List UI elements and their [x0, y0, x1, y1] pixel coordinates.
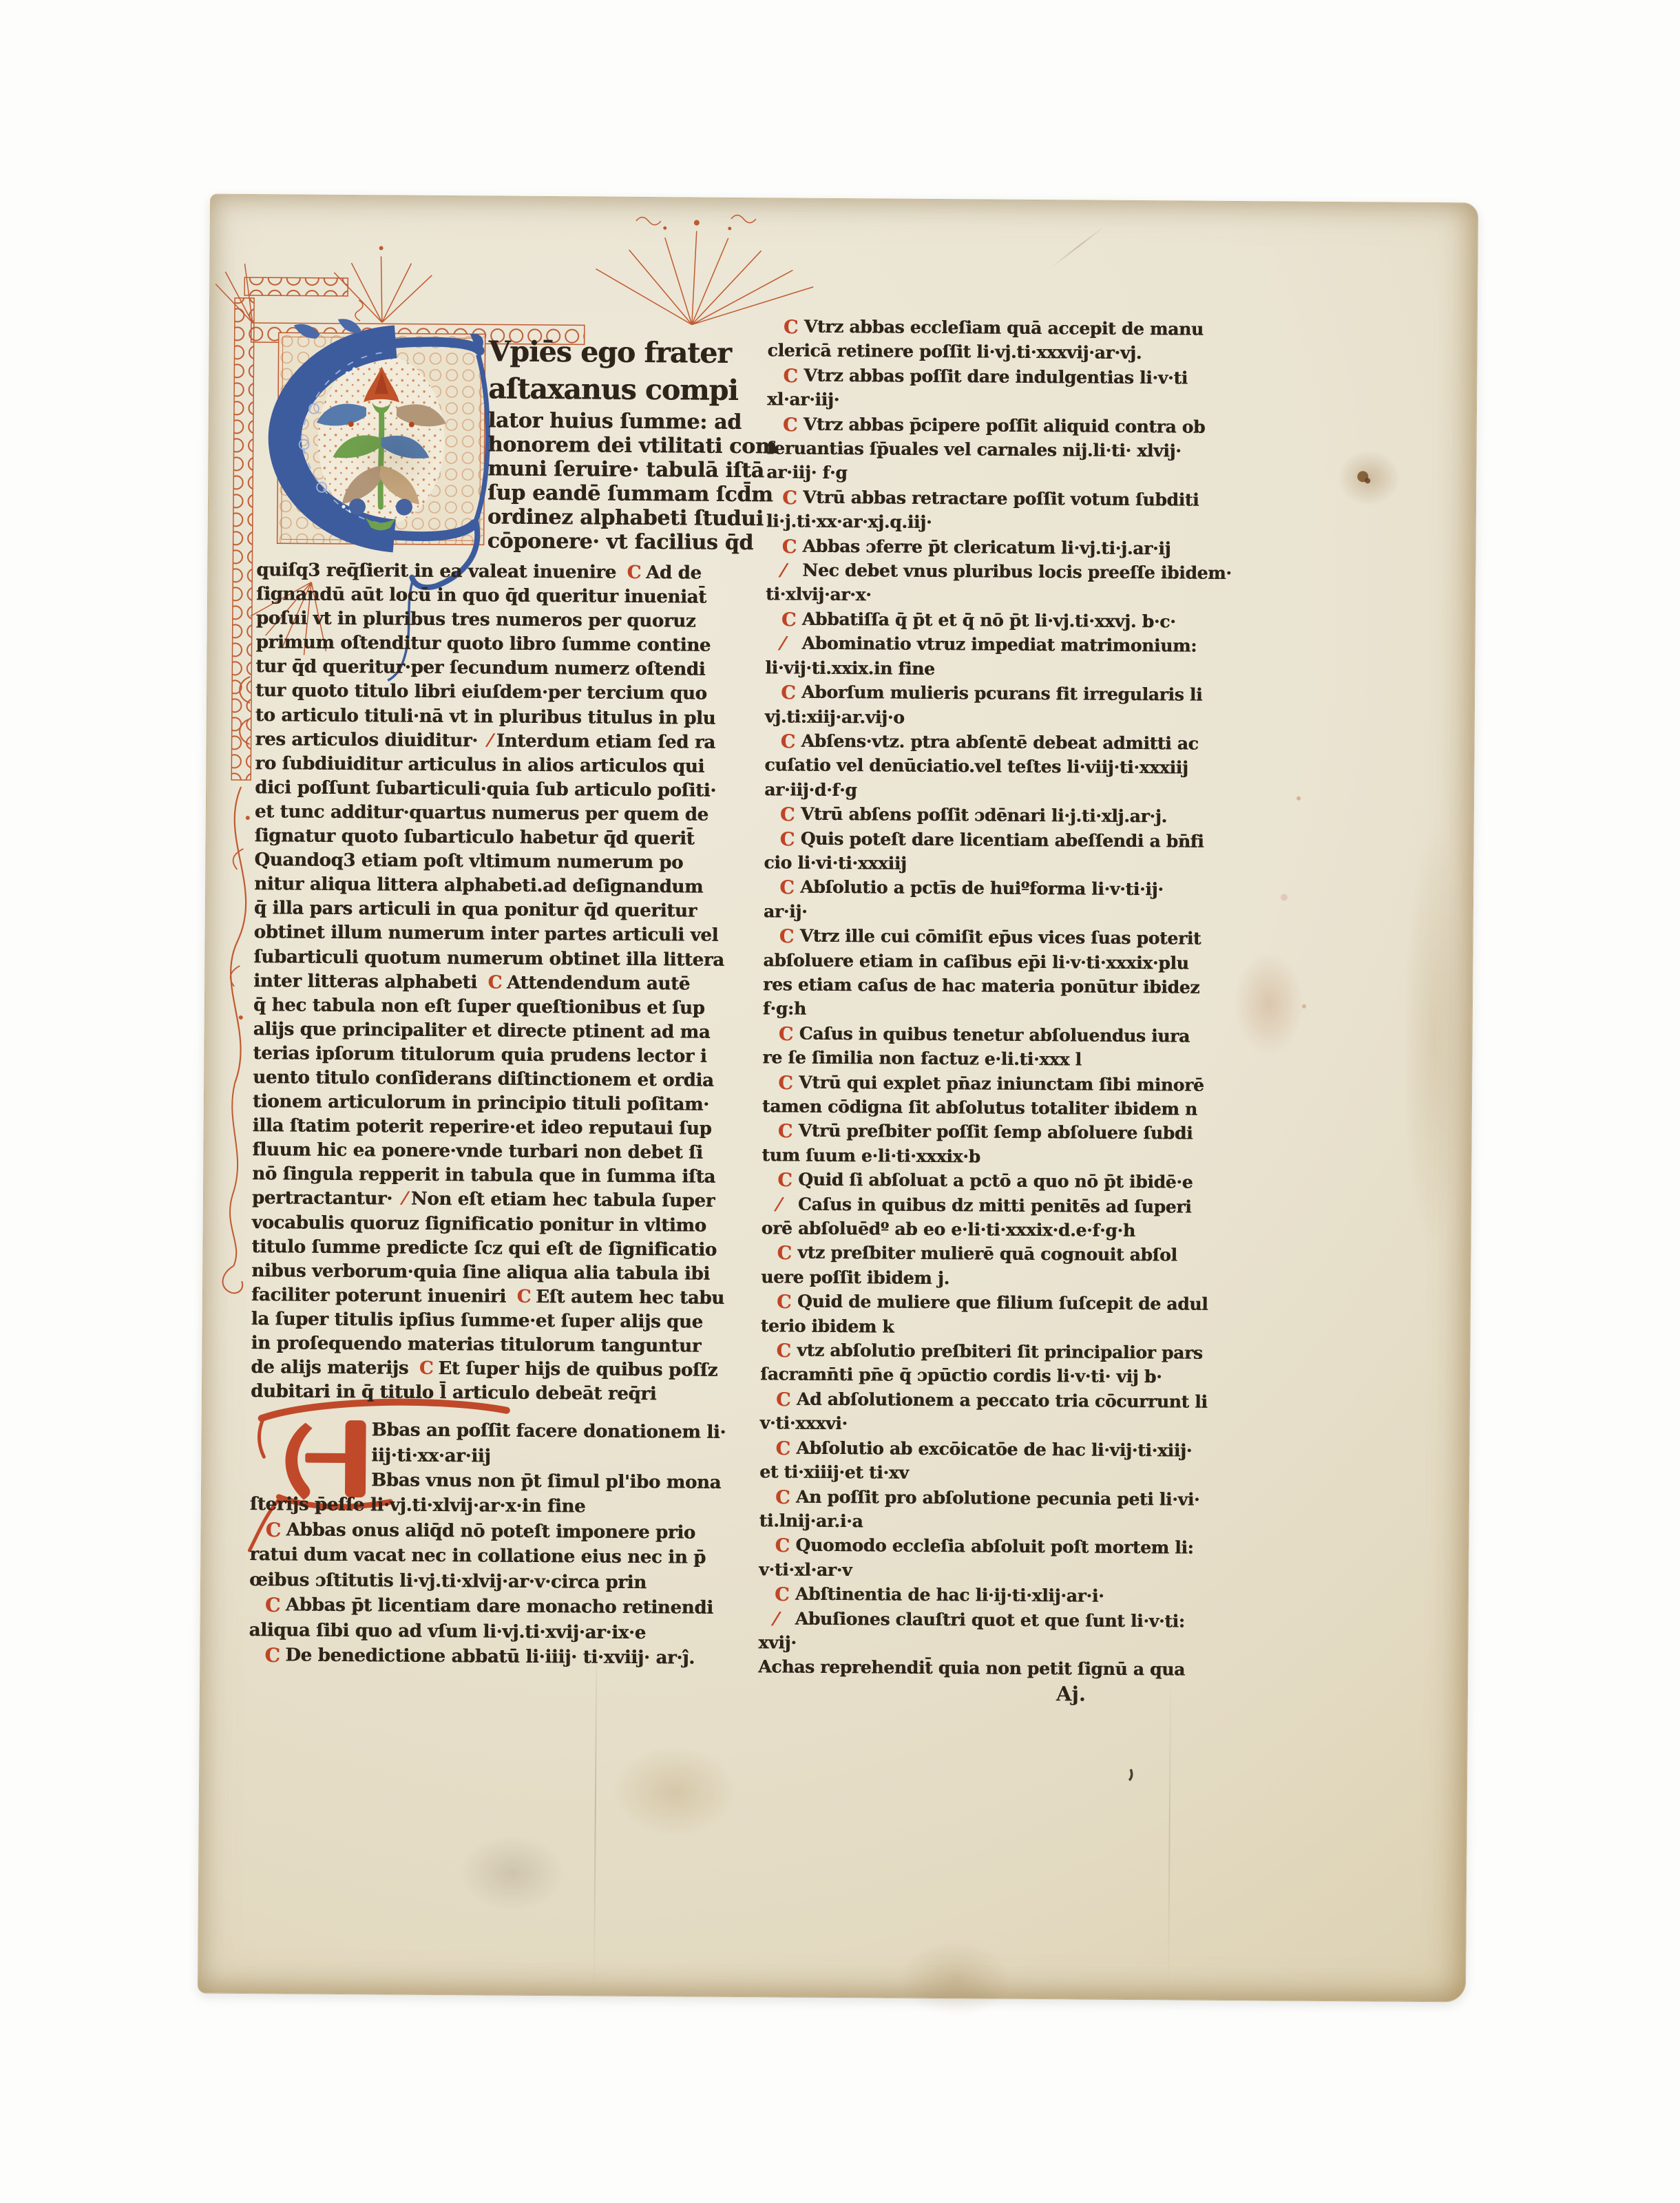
index-entry-line: f·g:h: [763, 997, 1206, 1024]
text-line: illa ſtatim poterit reperire·et ideo rep…: [253, 1114, 743, 1141]
text-line: quiſq3 req̄ſierit in ea valeat inuenire …: [256, 558, 746, 586]
index-entry-line: CQuid ſi abſoluat a pctō a quo nō p̄t ib…: [762, 1167, 1205, 1194]
index-entry-line: cio li·vi·ti·xxxiij: [764, 850, 1207, 878]
line-text: ſubarticuli quotum numerum obtinet illa …: [253, 947, 724, 971]
line-text: Quandoq3 etiam poſt vltimum numerum po: [254, 850, 683, 873]
text-line: ordinez alphabeti ſtudui: [487, 505, 749, 531]
line-text: Vpiēs ego frater: [488, 335, 731, 369]
quire-signature: Aj.: [1056, 1682, 1086, 1705]
text-line: honorem dei vtilitati com: [487, 432, 749, 458]
line-text: uento titulo conſiderans diſtinctionem e…: [253, 1067, 714, 1091]
line-text: Abbas ɔferre p̄t clericatum li·vj.ti·j.a…: [802, 536, 1170, 558]
index-entry-line: ſeruantias ſp̄uales vel carnales nij.li·…: [766, 436, 1210, 463]
line-text: orē abſoluēdº ab eo e·li·ti·xxxix·d.e·f·…: [762, 1218, 1135, 1241]
index-entry-line: CAbbas onus aliq̄d nō poteſt imponere pr…: [249, 1517, 739, 1546]
index-right-column: CVtrz abbas eccleſiam quā accepit de man…: [758, 314, 1211, 1682]
index-entry-line: œibus ɔſtitutis li·vj.ti·xlvij·ar·v·circ…: [249, 1568, 739, 1596]
line-text: aliqua ſibi quo ad vſum li·vj.ti·xvij·ar…: [249, 1620, 646, 1643]
line-text: res articulos diuiditur·: [255, 729, 484, 751]
index-entry-line: CQuis poteſt dare licentiam abeſſendi a …: [764, 826, 1208, 854]
index-entry-line: ratui dum vacat nec in collatione eius n…: [249, 1542, 739, 1570]
paraph-mark: C: [777, 1167, 794, 1193]
index-entry-line: Cvtz abſolutio preſbiteri ſit principali…: [760, 1338, 1204, 1365]
line-text: q̄ illa pars articuli in qua ponitur q̄d…: [254, 898, 697, 921]
text-line: Quandoq3 etiam poſt vltimum numerum po: [254, 848, 744, 876]
text-line: fluum hic ea ponere·vnde turbari non deb…: [252, 1138, 742, 1166]
line-text: Abbatiſſa q̄ p̄t et q̄ nō p̄t li·vj.ti·x…: [802, 609, 1176, 631]
text-line: q̄ illa pars articuli in qua ponitur q̄d…: [254, 896, 744, 924]
index-entry-line: ſterijs p̄eſſe li·vj.ti·xlvij·ar·x·in fi…: [250, 1492, 740, 1520]
line-text: Caſus in quibus tenetur abſoluendus iura: [799, 1023, 1190, 1046]
text-line: la ſuper titulis ipſius ſumme·et ſuper a…: [251, 1307, 742, 1335]
paraph-mark: C: [264, 1643, 281, 1670]
paraph-mark: C: [777, 1240, 793, 1266]
paraph-mark: C: [781, 728, 797, 755]
text-line: in proſequendo materias titulorum tangun…: [251, 1331, 741, 1359]
line-text: q̄ hec tabula non eſt ſuper queſtionibus…: [253, 995, 705, 1019]
line-text: œibus ɔſtitutis li·vj.ti·xlvij·ar·v·circ…: [249, 1570, 647, 1593]
index-entry-line: li·j.ti·xx·ar·xj.q.iij·: [766, 509, 1210, 537]
index-entry-line: Cvtz preſbiter mulierē quā cognouit abſo…: [761, 1241, 1204, 1268]
line-text: Quid ſi abſoluat a pctō a quo nō p̄t ibi…: [798, 1170, 1193, 1192]
text-line: aſtaxanus compi: [488, 370, 750, 409]
line-text: An poſſit pro abſolutione pecunia peti l…: [796, 1486, 1200, 1509]
index-entry-line: CVtrz abbas poſſit dare indulgentias li·…: [767, 363, 1210, 390]
index-entry-line: CAd abſolutionem a peccato tria cōcurrun…: [760, 1387, 1204, 1414]
index-entry-line: v·ti·xxxvi·: [760, 1411, 1204, 1439]
foxing-stain: [901, 1941, 1011, 2018]
index-entry-line: CAbſens·vtz. ptra abſentē debeat admitti…: [764, 728, 1208, 756]
manuscript-leaf: Vpiēs ego frater aſtaxanus compi lator h…: [198, 194, 1478, 2003]
line-text: dubitari in q̄ titulo l̄ articulo debeāt…: [251, 1381, 656, 1404]
text-line: terias ipſorum titulorum quia prudens le…: [253, 1042, 743, 1069]
index-entry-line: CVtrū preſbiter poſſit ſemp abſoluere ſu…: [762, 1119, 1206, 1146]
line-text: Interdum etiam ſed ra: [496, 730, 715, 752]
line-text: v·ti·xl·ar·v: [759, 1559, 852, 1580]
line-text: Ad abſolutionem a peccato tria cōcurrunt…: [797, 1389, 1208, 1411]
line-text: Attendendum autē: [507, 972, 690, 994]
line-text: honorem dei vtilitati com: [487, 432, 777, 458]
paraph-mark: C: [782, 485, 799, 511]
line-text: ar·iij·d·f·g: [764, 779, 857, 800]
line-text: Et ſuper hijs de quibus poſſz: [438, 1358, 717, 1381]
index-entry-line: CQuid de muliere que filium ſuſcepit de …: [761, 1289, 1204, 1316]
line-text: ordinez alphabeti ſtudui: [487, 505, 764, 531]
paraph-mark: C: [778, 1118, 795, 1144]
line-text: alijs que principaliter et directe ptine…: [253, 1019, 711, 1043]
index-first-entry-wrap: A Bbas an poſſit facere donationem li· i…: [371, 1417, 739, 1495]
index-entry-line: CVtrz abbas p̄cipere poſſit aliquid cont…: [767, 412, 1210, 439]
line-text: vtz abſolutio preſbiteri ſit principalio…: [797, 1340, 1202, 1363]
text-line: et tunc additur·quartus numerus per quem…: [255, 800, 745, 828]
index-entry-line: v·ti·xl·ar·v: [759, 1557, 1202, 1585]
smudge-stain: [461, 1835, 565, 1911]
brown-spot: [1338, 450, 1400, 506]
text-line: poſui vt in pluribus tres numeros per qu…: [256, 607, 746, 634]
line-text: Abſolutio ab excōicatōe de hac li·vij·ti…: [796, 1437, 1192, 1460]
line-text: ſeruantias ſp̄uales vel carnales nij.li·…: [766, 438, 1181, 461]
line-text: ratui dum vacat nec in collatione eius n…: [249, 1544, 706, 1568]
text-line: de alijs materijs CEt ſuper hijs de quib…: [251, 1356, 741, 1383]
corner-toning: [353, 423, 437, 492]
line-text: muni ſeruire· tabulā iſtā: [487, 456, 764, 483]
line-text: Abſens·vtz. ptra abſentē debeat admitti …: [801, 731, 1199, 754]
line-text: re ſe ſimilia non factuz e·li.ti·xxx l: [762, 1047, 1082, 1069]
line-text: Bbas an poſſit facere donationem li·: [372, 1420, 726, 1443]
line-text: Caſus in quibus dz mitti penitēs ad ſupe…: [798, 1194, 1192, 1216]
index-left-column: ſterijs p̄eſſe li·vj.ti·xlvij·ar·x·in fi…: [249, 1492, 740, 1671]
index-entry-line: CAbſolutio a pctīs de huiºforma li·v·ti·…: [764, 875, 1207, 903]
text-line: ſup eandē ſummam ſcd̄m: [487, 481, 749, 507]
index-entry-line: CAborſum mulieris pcurans fit irregulari…: [765, 679, 1208, 707]
index-entry-line: ar·iij·d·f·g: [764, 777, 1208, 805]
paraph-mark: C: [778, 1070, 795, 1096]
text-line: nō ſingula repperit in tabula que in ſum…: [252, 1162, 742, 1190]
foxing-stain: [1234, 952, 1303, 1056]
index-entry-line: CVtrū abbas retractare poſſit votum ſubd…: [766, 485, 1210, 512]
index-entry-line: ⁄Abominatio vtruz impediat matrimonium:: [765, 631, 1208, 659]
line-text: vj.ti:xiij·ar.vij·o: [765, 706, 905, 727]
line-text: Abſtinentia de hac li·ij·ti·xlij·ar·i·: [795, 1584, 1104, 1606]
line-text: ſacramn̄ti pn̄e q̄ ɔpūctio cordis li·v·t…: [760, 1364, 1162, 1387]
line-text: aſtaxanus compi: [488, 372, 738, 407]
index-entry-line: ⁄Nec debet vnus pluribus locis preeſſe i…: [766, 558, 1209, 585]
paraph-mark: C: [779, 923, 796, 949]
line-text: Abominatio vtruz impediat matrimonium:: [802, 633, 1197, 656]
text-line: alijs que principaliter et directe ptine…: [253, 1018, 744, 1045]
paraph-mark: ⁄: [777, 1192, 794, 1218]
line-text: Aborſum mulieris pcurans fit irregularis…: [801, 682, 1202, 705]
index-entry-line: ar·ij·: [764, 899, 1207, 927]
index-entry-line: uere poſſit ibidem j.: [761, 1265, 1204, 1292]
paraph-mark: C: [776, 1338, 792, 1364]
index-entry-line: xl·ar·iij·: [767, 387, 1210, 414]
line-text: lator huius ſumme: ad: [488, 408, 742, 434]
margin-flourish: [222, 677, 250, 1294]
line-text: xl·ar·iij·: [767, 389, 839, 410]
paraph-mark: C: [783, 363, 799, 389]
paraph-mark: C: [781, 679, 797, 706]
text-line: vocabulis quoruz ſignificatio ponitur in…: [252, 1211, 742, 1238]
line-text: tamen cōdigna ſit abſolutus totaliter ib…: [762, 1096, 1197, 1119]
line-text: Vtrz ille cui cōmiſit ep̄us vices ſuas p…: [800, 926, 1201, 949]
line-text: poſui vt in pluribus tres numeros per qu…: [256, 608, 696, 631]
index-entry-line: CQuomodo eccleſia abſoluit poſt mortem l…: [759, 1533, 1202, 1561]
index-entry-line: ⁄Abuſiones clauſtri quot et que ſunt li·…: [759, 1606, 1202, 1634]
line-text: primum oſtenditur quoto libro ſumme cont…: [255, 632, 711, 656]
paraph-mark: ⁄: [781, 631, 798, 657]
text-line: Bbas an poſſit facere donationem li·: [371, 1417, 739, 1445]
line-text: xvij·: [758, 1632, 796, 1652]
text-line: iij·ti·xx·ar·iij: [371, 1443, 739, 1471]
text-line: Vpiēs ego frater: [488, 333, 750, 372]
paraph-mark: C: [775, 1435, 792, 1462]
text-line: obtinet illum numerum inter partes artic…: [254, 920, 744, 948]
line-text: Vtrū preſbiter poſſit ſemp abſoluere ſub…: [799, 1121, 1193, 1143]
index-entry-line: CVtrz abbas eccleſiam quā accepit de man…: [768, 314, 1211, 341]
text-line: dici poſſunt ſubarticuli·quia ſub articu…: [255, 776, 745, 803]
index-entry-line: CCaſus in quibus tenetur abſoluendus iur…: [763, 1021, 1206, 1048]
line-text: Abſolutio a pctīs de huiºforma li·v·ti·i…: [800, 877, 1164, 900]
line-text: la ſuper titulis ipſius ſumme·et ſuper a…: [251, 1309, 703, 1333]
text-line: nibus verborum·quia ſine aliqua alia tab…: [251, 1259, 742, 1287]
line-text: pertractantur·: [252, 1188, 399, 1210]
index-entry-line: res etiam caſus de hac materia ponūtur i…: [763, 972, 1206, 1000]
line-text: titulo ſumme predicte ſcz qui eſt de ſig…: [251, 1236, 717, 1261]
line-text: Eſt autem hec tabu: [536, 1287, 724, 1309]
line-text: to articulo tituli·nā vt in pluribus tit…: [255, 705, 716, 729]
line-text: fluum hic ea ponere·vnde turbari non deb…: [252, 1139, 702, 1163]
paraph-mark: ⁄: [775, 1605, 791, 1632]
line-text: ti·xlvij·ar·x·: [766, 584, 872, 605]
line-text: Quid de muliere que filium ſuſcepit de a…: [797, 1292, 1208, 1314]
line-text: ſignatur quoto ſubarticulo habetur q̄d q…: [255, 825, 695, 849]
paraph-mark: ⁄: [403, 1189, 406, 1210]
line-text: nitur aliqua littera alphabeti.ad deſign…: [254, 874, 703, 898]
index-entry-line: tum ſuum e·li·ti·xxxix·b: [762, 1143, 1205, 1170]
line-text: ro ſubdiuiditur articulus in alios artic…: [255, 753, 704, 777]
paraph-mark: C: [517, 1287, 532, 1307]
paraph-mark: C: [775, 1484, 792, 1510]
text-line: tur q̄d queritur·per ſecundum numerz oſt…: [255, 655, 746, 682]
line-text: uere poſſit ibidem j.: [761, 1267, 949, 1288]
line-text: et ti·xiiij·et ti·xv: [759, 1462, 909, 1483]
text-line: ſubarticuli quotum numerum obtinet illa …: [253, 945, 744, 973]
paraph-mark: C: [265, 1592, 282, 1620]
line-text: inter litteras alphabeti: [253, 971, 483, 993]
foxing-stain: [613, 1747, 737, 1837]
line-text: terio ibidem k: [761, 1316, 894, 1336]
index-entry-line: CVtrū qui explet pn̄az iniunctam ſibi mi…: [762, 1070, 1206, 1097]
line-text: Vtrū qui explet pn̄az iniunctam ſibi min…: [799, 1072, 1204, 1095]
line-text: terias ipſorum titulorum quia prudens le…: [253, 1043, 706, 1067]
line-text: tum ſuum e·li·ti·xxxix·b: [762, 1145, 980, 1166]
line-text: Vtrz abbas p̄cipere poſſit aliquid contr…: [804, 414, 1206, 436]
paraph-mark: C: [783, 412, 799, 438]
index-entry-line: tamen cōdigna ſit abſolutus totaliter ib…: [762, 1094, 1206, 1121]
paraph-mark: ⁄: [489, 730, 492, 751]
line-text: abſoluere etiam in caſibus ep̄i li·v·ti·…: [763, 950, 1188, 973]
index-entry-line: CAn poſſit pro abſolutione pecunia peti …: [759, 1484, 1203, 1512]
line-text: ar·iij· f·g: [766, 463, 847, 483]
line-text: ſignandū aūt locū in quo q̄d queritur in…: [256, 584, 706, 608]
line-text: cuſatio vel denūciatio.vel teſtes li·vii…: [764, 755, 1188, 778]
line-text: ar·ij·: [764, 901, 808, 921]
index-entry-line: aliqua ſibi quo ad vſum li·vj.ti·xvij·ar…: [249, 1618, 739, 1646]
text-line: inter litteras alphabeti CAttendendum au…: [253, 969, 744, 997]
line-text: Non eſt etiam hec tabula ſuper: [411, 1189, 715, 1212]
index-entry-line: CAbſtinentia de hac li·ij·ti·xlij·ar·i·: [759, 1581, 1202, 1609]
line-text: illa ſtatim poterit reperire·et ideo rep…: [253, 1115, 712, 1139]
index-entry-line: et ti·xiiij·et ti·xv: [759, 1459, 1203, 1487]
paraph-mark: C: [777, 1289, 793, 1315]
index-entry-line: cuſatio vel denūciatio.vel teſtes li·vii…: [764, 753, 1208, 781]
paraph-mark: C: [779, 1021, 795, 1047]
line-text: quiſq3 req̄ſierit in ea valeat inuenire: [256, 560, 622, 583]
paraph-mark: C: [781, 607, 798, 633]
index-entry-line: CVtrz ille cui cōmiſit ep̄us vices ſuas …: [764, 923, 1207, 951]
text-line: lator huius ſumme: ad: [488, 408, 750, 434]
paraph-mark: C: [419, 1358, 434, 1379]
line-text: tionem articulorum in principio tituli p…: [253, 1091, 709, 1115]
index-entry-line: CDe benedictione abbatū li·iiij· ti·xvii…: [249, 1643, 739, 1671]
text-line: titulo ſumme predicte ſcz qui eſt de ſig…: [251, 1235, 742, 1263]
text-line: ro ſubdiuiditur articulus in alios artic…: [255, 752, 745, 779]
text-line: uento titulo conſiderans diſtinctionem e…: [253, 1066, 743, 1093]
index-entry-line: ar·iij· f·g: [766, 461, 1210, 488]
fold-crease: [1168, 1674, 1171, 1991]
index-entry-line: CAbbas ɔferre p̄t clericatum li·vj.ti·j.…: [766, 534, 1209, 561]
text-line: res articulos diuiditur· ⁄Interdum etiam…: [255, 728, 745, 755]
text-line: tur quoto titulo libri eiuſdem·per terci…: [255, 679, 746, 707]
preface-opening-large: Vpiēs ego frater aſtaxanus compi: [488, 333, 750, 409]
line-text: Ad de: [646, 562, 702, 584]
line-text: et tunc additur·quartus numerus per quem…: [255, 801, 708, 825]
text-line: cōponere· vt facilius q̄d: [487, 529, 749, 555]
edge-toning: [1401, 823, 1466, 1250]
paraph-mark: C: [775, 1581, 791, 1608]
index-entry-line: ti.lnij·ar.i·a: [759, 1508, 1203, 1536]
line-text: Nec debet vnus pluribus locis preeſſe ib…: [802, 560, 1232, 583]
index-entry-line: vj.ti:xiij·ar.vij·o: [765, 704, 1208, 732]
line-text: obtinet illum numerum inter partes artic…: [254, 922, 719, 946]
paraph-mark: C: [776, 1387, 792, 1413]
line-text: nō ſingula repperit in tabula que in ſum…: [252, 1163, 715, 1188]
line-text: Abbas p̄t licentiam dare monacho retinen…: [286, 1594, 713, 1618]
line-text: Abuſiones clauſtri quot et que ſunt li·v…: [795, 1608, 1185, 1631]
index-entry-line: terio ibidem k: [761, 1314, 1204, 1341]
paraph-mark: C: [780, 801, 797, 828]
paraph-mark: C: [627, 562, 641, 583]
line-text: cōponere· vt facilius q̄d: [487, 529, 754, 555]
line-text: dici poſſunt ſubarticuli·quia ſub articu…: [255, 777, 716, 801]
line-text: li·vij·ti.xxix.in fine: [765, 657, 934, 679]
text-line: primum oſtenditur quoto libro ſumme cont…: [255, 631, 746, 658]
line-text: Vtrū abſens poſſit ɔdēnari li·j.ti·xlj.a…: [801, 804, 1167, 827]
fold-crease: [1051, 226, 1104, 267]
line-text: de alijs materijs: [251, 1357, 414, 1379]
line-text: ſup eandē ſummam ſcd̄m: [487, 481, 773, 507]
line-text: res etiam caſus de hac materia ponūtur i…: [763, 974, 1199, 997]
line-text: faciliter poterunt inueniri: [251, 1285, 512, 1307]
text-line: tionem articulorum in principio tituli p…: [253, 1090, 743, 1117]
line-text: iij·ti·xx·ar·iij: [371, 1445, 490, 1466]
line-text: ti.lnij·ar.i·a: [759, 1510, 863, 1531]
preface-opening-medium: lator huius ſumme: ad honorem dei vtilit…: [487, 408, 750, 555]
line-text: Vtrz abbas poſſit dare indulgentias li·v…: [804, 365, 1188, 388]
line-text: Abbas onus aliq̄d nō poteſt imponere pri…: [286, 1519, 695, 1543]
text-line: nitur aliqua littera alphabeti.ad deſign…: [254, 872, 744, 900]
paraph-mark: C: [488, 972, 503, 993]
text-line: ſignatur quoto ſubarticulo habetur q̄d q…: [255, 824, 745, 852]
line-text: tur q̄d queritur·per ſecundum numerz oſt…: [255, 656, 705, 680]
line-text: clericā retinere poſſit li·vj.ti·xxxvij·…: [767, 341, 1142, 363]
paraph-mark: C: [266, 1517, 282, 1544]
initial-foliage: [316, 366, 447, 531]
index-entry-line: orē abſoluēdº ab eo e·li·ti·xxxix·d.e·f·…: [762, 1216, 1205, 1243]
photo-backdrop: Vpiēs ego frater aſtaxanus compi lator h…: [0, 0, 1680, 2203]
line-text: v·ti·xxxvi·: [760, 1413, 848, 1434]
index-entry-line: abſoluere etiam in caſibus ep̄i li·v·ti·…: [763, 948, 1206, 976]
text-line: q̄ hec tabula non eſt ſuper queſtionibus…: [253, 993, 744, 1021]
index-entry-line: xvij·: [758, 1630, 1201, 1658]
line-text: f·g:h: [763, 999, 806, 1019]
line-text: nibus verborum·quia ſine aliqua alia tab…: [251, 1261, 710, 1285]
index-entry-line: ⁄Caſus in quibus dz mitti penitēs ad ſup…: [762, 1192, 1205, 1219]
preface-body: quiſq3 req̄ſierit in ea valeat inuenire …: [251, 558, 747, 1407]
line-text: vtz preſbiter mulierē quā cognouit abſol: [797, 1243, 1177, 1265]
line-text: De benedictione abbatū li·iiij· ti·xviij…: [285, 1645, 695, 1668]
paraph-mark: C: [782, 534, 799, 560]
index-entry-line: CAbbatiſſa q̄ p̄t et q̄ nō p̄t li·vj.ti·…: [766, 607, 1209, 634]
line-text: Quis poteſt dare licentiam abeſſendi a b…: [801, 828, 1204, 851]
index-entry-line: clericā retinere poſſit li·vj.ti·xxxvij·…: [767, 339, 1210, 366]
text-line: Bbas vnus non p̄t ſimul pl'ibo mona: [371, 1468, 739, 1495]
index-entry-line: CAbbas p̄t licentiam dare monacho retine…: [249, 1592, 739, 1621]
paraph-mark: C: [775, 1532, 791, 1559]
index-entry-line: CVtrū abſens poſſit ɔdēnari li·j.ti·xlj.…: [764, 801, 1208, 829]
text-line: faciliter poterunt inueniri CEſt autem h…: [251, 1283, 742, 1311]
paraph-mark: C: [780, 826, 797, 852]
text-line: muni ſeruire· tabulā iſtā: [487, 456, 749, 483]
fold-crease: [594, 1630, 598, 1988]
line-text: Achas reprehendit̄ quia non petit ſignū …: [758, 1657, 1185, 1680]
paraph-mark: C: [779, 874, 796, 900]
line-text: tur quoto titulo libri eiuſdem·per terci…: [255, 681, 707, 705]
line-text: in proſequendo materias titulorum tangun…: [251, 1333, 701, 1357]
line-text: Bbas vnus non p̄t ſimul pl'ibo mona: [371, 1470, 721, 1493]
paraph-mark: C: [784, 314, 800, 340]
index-entry-line: Achas reprehendit̄ quia non petit ſignū …: [758, 1655, 1201, 1683]
index-entry-line: ti·xlvij·ar·x·: [766, 582, 1209, 610]
text-line: dubitari in q̄ titulo l̄ articulo debeāt…: [251, 1380, 741, 1407]
index-entry-line: li·vij·ti.xxix.in fine: [765, 655, 1208, 683]
paraph-mark: ⁄: [781, 558, 798, 584]
line-text: vocabulis quoruz ſignificatio ponitur in…: [252, 1212, 706, 1236]
line-text: cio li·vi·ti·xxxiij: [764, 852, 907, 873]
line-text: ſterijs p̄eſſe li·vj.ti·xlvij·ar·x·in fi…: [250, 1494, 586, 1517]
index-entry-line: re ſe ſimilia non factuz e·li.ti·xxx l: [762, 1045, 1206, 1073]
line-text: Vtrū abbas retractare poſſit votum ſubdi…: [803, 487, 1199, 509]
text-line: to articulo tituli·nā vt in pluribus tit…: [255, 704, 746, 731]
text-line: pertractantur· ⁄Non eſt etiam hec tabula…: [252, 1187, 742, 1214]
line-text: Vtrz abbas eccleſiam quā accepit de manu: [804, 317, 1204, 339]
index-entry-line: CAbſolutio ab excōicatōe de hac li·vij·t…: [759, 1435, 1203, 1463]
text-line: ſignandū aūt locū in quo q̄d queritur in…: [256, 582, 746, 610]
index-entry-line: ſacramn̄ti pn̄e q̄ ɔpūctio cordis li·v·t…: [760, 1362, 1204, 1390]
line-text: li·j.ti·xx·ar·xj.q.iij·: [766, 512, 932, 533]
line-text: Quomodo eccleſia abſoluit poſt mortem li…: [795, 1535, 1193, 1558]
